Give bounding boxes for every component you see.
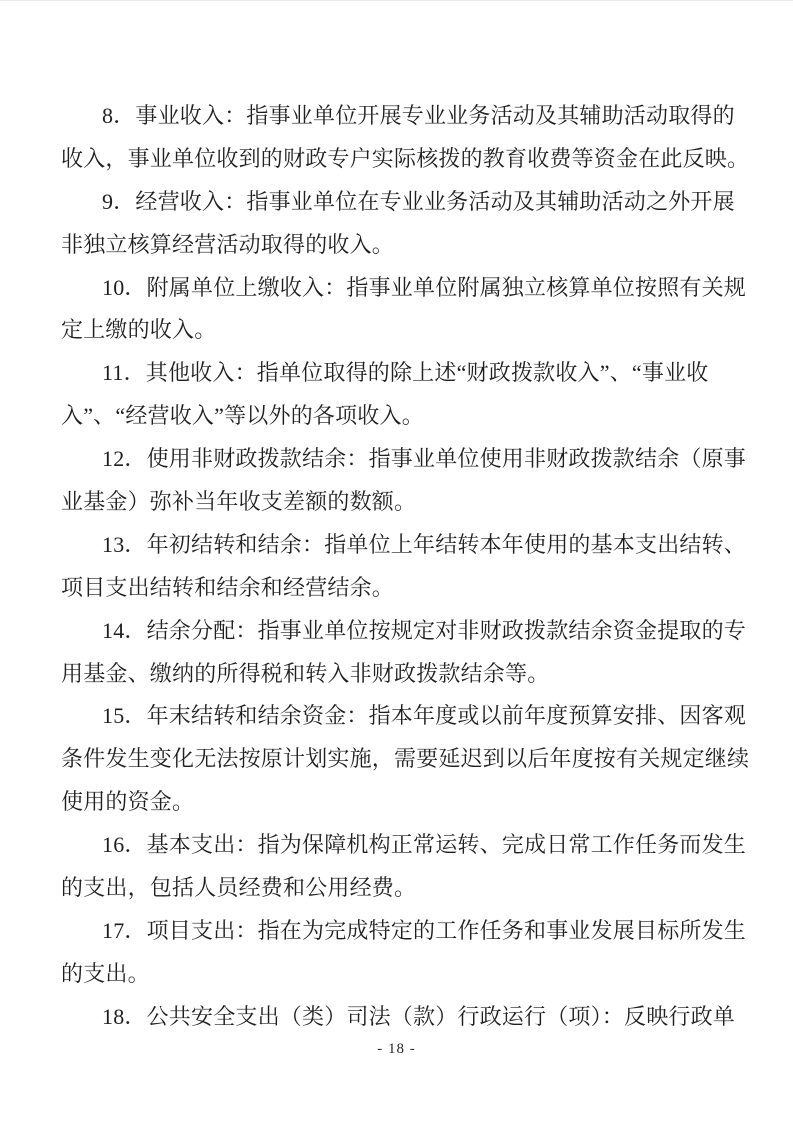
text-line: 收入，事业单位收到的财政专户实际核拨的教育收费等资金在此反映。 — [61, 138, 761, 181]
text-line: 定上缴的收入。 — [61, 309, 761, 352]
document-body: 8．事业收入：指事业单位开展专业业务活动及其辅助活动取得的收入，事业单位收到的财… — [61, 95, 761, 1039]
text-line: 非独立核算经营活动取得的收入。 — [61, 224, 761, 267]
text-line: 的支出，包括人员经费和公用经费。 — [61, 867, 761, 910]
text-line: 用基金、缴纳的所得税和转入非财政拨款结余等。 — [61, 653, 761, 696]
text-line: 10．附属单位上缴收入：指事业单位附属独立核算单位按照有关规 — [61, 267, 761, 310]
text-line: 使用的资金。 — [61, 781, 761, 824]
text-line: 项目支出结转和结余和经营结余。 — [61, 567, 761, 610]
text-line: 入”、“经营收入”等以外的各项收入。 — [61, 395, 761, 438]
text-line: 8．事业收入：指事业单位开展专业业务活动及其辅助活动取得的 — [61, 95, 761, 138]
text-line: 13．年初结转和结余：指单位上年结转本年使用的基本支出结转、 — [61, 524, 761, 567]
text-line: 业基金）弥补当年收支差额的数额。 — [61, 481, 761, 524]
text-line: 18．公共安全支出（类）司法（款）行政运行（项）：反映行政单 — [61, 996, 761, 1039]
text-line: 15．年末结转和结余资金：指本年度或以前年度预算安排、因客观 — [61, 695, 761, 738]
text-line: 14．结余分配：指事业单位按规定对非财政拨款结余资金提取的专 — [61, 610, 761, 653]
page-number: - 18 - — [0, 1041, 793, 1058]
document-page: 8．事业收入：指事业单位开展专业业务活动及其辅助活动取得的收入，事业单位收到的财… — [0, 0, 793, 1122]
text-line: 11．其他收入：指单位取得的除上述“财政拨款收入”、“事业收 — [61, 352, 761, 395]
text-line: 9．经营收入：指事业单位在专业业务活动及其辅助活动之外开展 — [61, 181, 761, 224]
text-line: 的支出。 — [61, 953, 761, 996]
text-line: 16．基本支出：指为保障机构正常运转、完成日常工作任务而发生 — [61, 824, 761, 867]
text-line: 17．项目支出：指在为完成特定的工作任务和事业发展目标所发生 — [61, 910, 761, 953]
text-line: 12．使用非财政拨款结余：指事业单位使用非财政拨款结余（原事 — [61, 438, 761, 481]
text-line: 条件发生变化无法按原计划实施，需要延迟到以后年度按有关规定继续 — [61, 738, 761, 781]
